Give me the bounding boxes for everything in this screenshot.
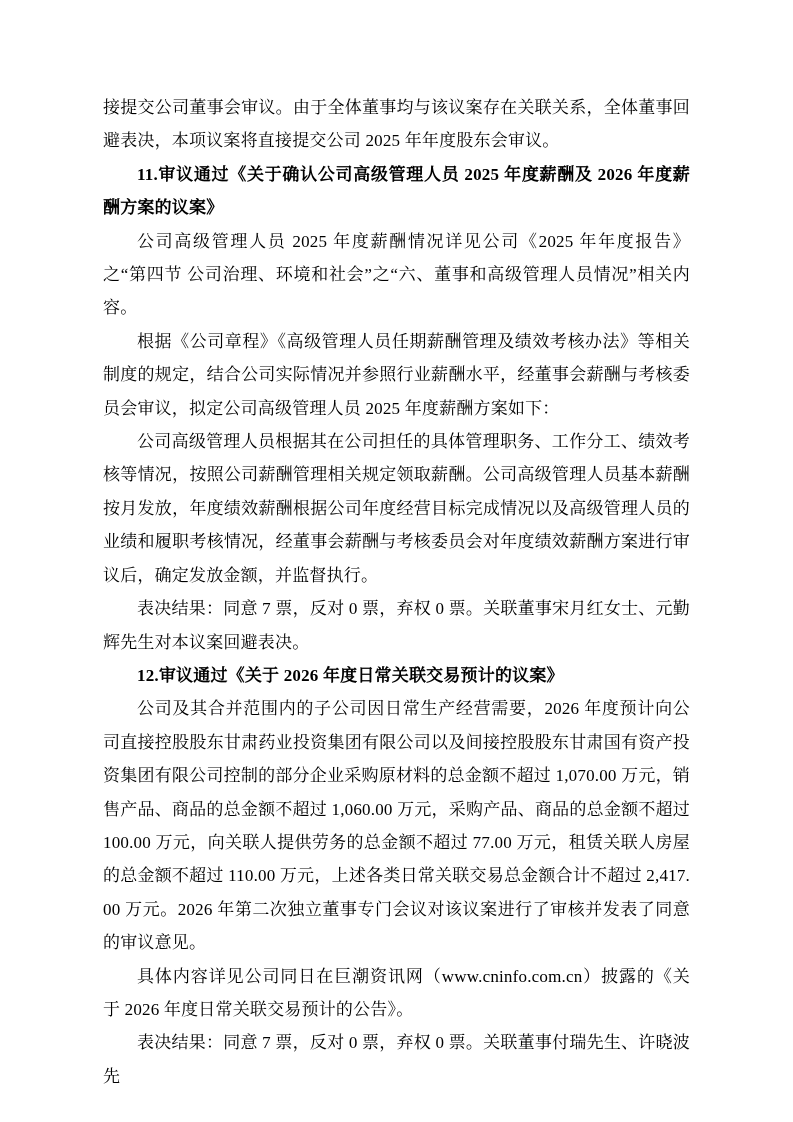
document-page: 接提交公司董事会审议。由于全体董事均与该议案存在关联关系，全体董事回避表决，本项… xyxy=(0,0,793,1122)
item-12-disclosure-reference-paragraph: 具体内容详见公司同日在巨潮资讯网（www.cninfo.com.cn）披露的《关… xyxy=(103,960,690,1027)
item-11-salary-plan-detail-paragraph: 公司高级管理人员根据其在公司担任的具体管理职务、工作分工、绩效考核等情况，按照公… xyxy=(103,425,690,592)
item-12-transaction-estimate-paragraph: 公司及其合并范围内的子公司因日常生产经营需要，2026 年度预计向公司直接控股股… xyxy=(103,692,690,959)
item-12-heading: 12.审议通过《关于 2026 年度日常关联交易预计的议案》 xyxy=(103,659,690,692)
item-12-voting-result: 表决结果：同意 7 票，反对 0 票，弃权 0 票。关联董事付瑞先生、许晓波先 xyxy=(103,1026,690,1093)
item-11-voting-result: 表决结果：同意 7 票，反对 0 票，弃权 0 票。关联董事宋月红女士、元勤辉先… xyxy=(103,592,690,659)
item-11-heading: 11.审议通过《关于确认公司高级管理人员 2025 年度薪酬及 2026 年度薪… xyxy=(103,158,690,225)
item-11-salary-reference-paragraph: 公司高级管理人员 2025 年度薪酬情况详见公司《2025 年年度报告》之“第四… xyxy=(103,225,690,325)
continued-paragraph: 接提交公司董事会审议。由于全体董事均与该议案存在关联关系，全体董事回避表决，本项… xyxy=(103,91,690,158)
item-11-salary-plan-basis-paragraph: 根据《公司章程》《高级管理人员任期薪酬管理及绩效考核办法》等相关制度的规定，结合… xyxy=(103,325,690,425)
